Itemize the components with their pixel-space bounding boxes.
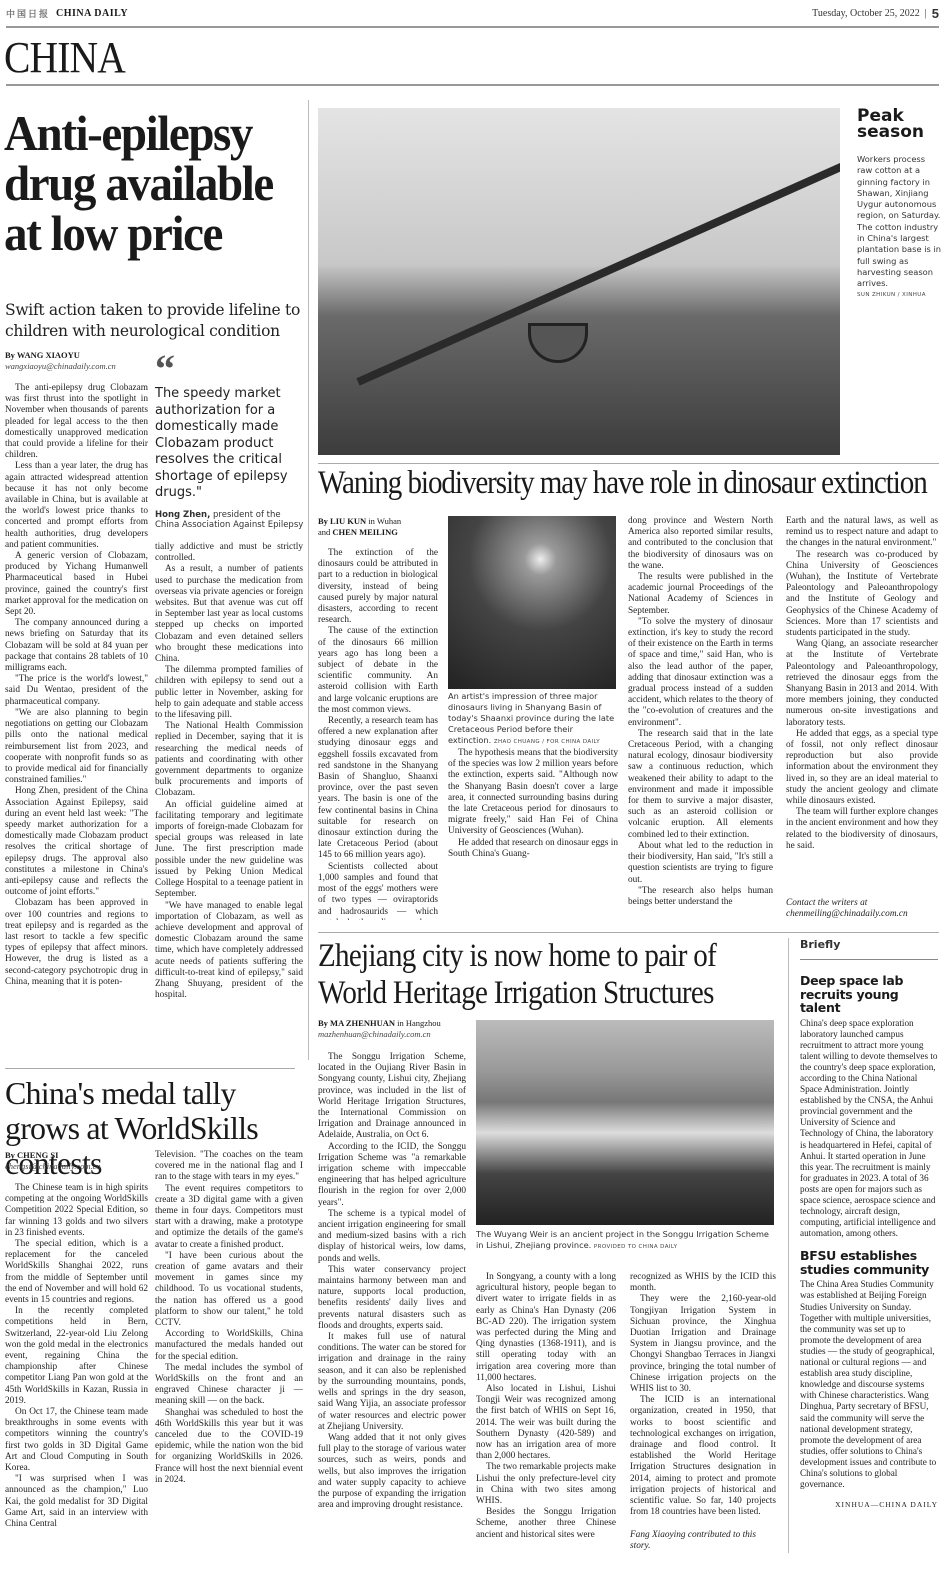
quote-mark-icon: “ — [155, 352, 305, 386]
paragraph: The Chinese team is in high spirits comp… — [5, 1183, 148, 1239]
briefly-sidebar: Briefly Deep space lab recruits young ta… — [800, 938, 938, 1509]
byline-and: and — [318, 527, 330, 537]
pull-quote: “ The speedy market authorization for a … — [155, 352, 305, 531]
section-divider — [318, 463, 939, 464]
pull-quote-text: The speedy market authorization for a do… — [155, 386, 305, 502]
paragraph: In the recently completed competitions h… — [5, 1306, 148, 1407]
paragraph: On Oct 17, the Chinese team made breakth… — [5, 1407, 148, 1474]
paragraph: The extinction of the dinosaurs could be… — [318, 548, 438, 626]
paragraph: A generic version of Clobazam, produced … — [5, 551, 148, 618]
worldskills-col2: Television. "The coaches on the team cov… — [155, 1150, 303, 1573]
section-rule — [6, 84, 939, 86]
paragraph: The anti-epilepsy drug Clobazam was firs… — [5, 383, 148, 461]
paragraph: He added that eggs, as a special type of… — [786, 729, 938, 807]
paragraph: "The research also helps human beings be… — [628, 886, 773, 908]
column-divider — [308, 100, 309, 1060]
peak-season-caption-block: Peak season Workers process raw cotton a… — [857, 108, 942, 298]
chinese-logo: 中国日报 — [6, 7, 50, 20]
paragraph: This water conservancy project maintains… — [318, 1265, 466, 1332]
epilepsy-byline: By WANG XIAOYU wangxiaoyu@chinadaily.com… — [5, 350, 150, 371]
dinosaur-headline: Waning biodiversity may have role in din… — [318, 465, 927, 501]
paragraph: It makes full use of natural conditions.… — [318, 1332, 466, 1433]
paragraph: Besides the Songgu Irrigation Scheme, an… — [476, 1507, 616, 1541]
paragraph: Scientists collected about 1,000 samples… — [318, 862, 438, 920]
paragraph: The event requires competitors to create… — [155, 1184, 303, 1251]
paragraph: The results were published in the academ… — [628, 572, 773, 617]
paper-brand: 中国日报 CHINA DAILY — [6, 7, 128, 20]
author-name: WANG XIAOYU — [17, 350, 80, 360]
paragraph: The special edition, which is a replacem… — [5, 1239, 148, 1306]
crane-arm — [356, 151, 840, 386]
pull-quote-attribution: Hong Zhen, president of the China Associ… — [155, 510, 305, 531]
headline-line: Zhejiang city is now home to pair of — [318, 938, 716, 975]
irrigation-col2: In Songyang, a county with a long agricu… — [476, 1272, 616, 1572]
dinosaur-col2: The hypothesis means that the biodiversi… — [448, 748, 618, 920]
paragraph: According to the ICID, the Songgu Irriga… — [318, 1142, 466, 1209]
brief-item: BFSU establishes studies community The C… — [800, 1249, 938, 1490]
briefly-header: Briefly — [800, 938, 938, 951]
photo-credit: SUN ZHIKUN / XINHUA — [857, 292, 942, 298]
worldskills-col1: The Chinese team is in high spirits comp… — [5, 1183, 148, 1573]
issue-date: Tuesday, October 25, 2022 — [812, 8, 920, 19]
author-name: CHENG SI — [17, 1150, 58, 1160]
paragraph: recognized as WHIS by the ICID this mont… — [630, 1272, 776, 1294]
dinosaur-contact: Contact the writers at chenmeiling@china… — [786, 898, 938, 920]
paragraph: According to WorldSkills, China manufact… — [155, 1329, 303, 1363]
paragraph: Wang added that it not only gives full p… — [318, 1433, 466, 1511]
paragraph: "To solve the mystery of dinosaur extinc… — [628, 617, 773, 729]
dinosaur-col1: The extinction of the dinosaurs could be… — [318, 548, 438, 920]
paragraph: The hypothesis means that the biodiversi… — [448, 748, 618, 838]
contact-label: Contact the writers at — [786, 898, 938, 909]
paragraph: "We are also planning to begin negotiati… — [5, 708, 148, 786]
author-name: LIU KUN — [330, 516, 366, 526]
paragraph: "The price is the world's lowest," said … — [5, 674, 148, 708]
paragraph: About what led to the reduction in their… — [628, 841, 773, 886]
worldskills-byline: By CHENG SI chengsi@chinadaily.com.cn — [5, 1150, 150, 1171]
headline-line: World Heritage Irrigation Structures — [318, 975, 716, 1012]
caption-text: An artist's impression of three major di… — [448, 691, 614, 745]
brief-title: Deep space lab recruits young talent — [800, 974, 938, 1015]
dinosaur-byline: By LIU KUN in Wuhan and CHEN MEILING — [318, 516, 438, 538]
wuyang-weir-photo — [476, 1020, 774, 1225]
paragraph: Less than a year later, the drug has aga… — [5, 461, 148, 551]
divider: | — [925, 8, 927, 19]
paragraph: The Songgu Irrigation Scheme, located in… — [318, 1052, 466, 1142]
dinosaur-col3: dong province and Western North America … — [628, 516, 773, 920]
paragraph: They were the 2,160-year-old Tongjiyan I… — [630, 1294, 776, 1395]
paragraph: Recently, a research team has offered a … — [318, 716, 438, 862]
brief-title: BFSU establishes studies community — [800, 1249, 938, 1276]
masthead: 中国日报 CHINA DAILY Tuesday, October 25, 20… — [6, 0, 939, 28]
dinosaur-col4: Earth and the natural laws, as well as r… — [786, 516, 938, 896]
byline-prefix: By — [5, 1150, 15, 1160]
photo-credit: ZHAO CHUANG / FOR CHINA DAILY — [494, 739, 600, 745]
epilepsy-col1: The anti-epilepsy drug Clobazam was firs… — [5, 383, 148, 1045]
issue-info: Tuesday, October 25, 2022 | 5 — [812, 6, 939, 21]
paragraph: The two remarkable projects make Lishui … — [476, 1462, 616, 1507]
cotton-harvest-photo — [318, 108, 840, 455]
brief-body: The China Area Studies Community was est… — [800, 1279, 938, 1490]
paragraph: Earth and the natural laws, as well as r… — [786, 516, 938, 550]
epilepsy-headline: Anti-epilepsy drug available at low pric… — [4, 108, 314, 258]
paragraph: dong province and Western North America … — [628, 516, 773, 572]
author-email[interactable]: mazhenhuan@chinadaily.com.cn — [318, 1029, 468, 1039]
peak-season-caption: Workers process raw cotton at a ginning … — [857, 154, 942, 290]
paragraph: Also located in Lishui, Lishui Tongji We… — [476, 1384, 616, 1462]
section-title: CHINA — [4, 34, 125, 82]
epilepsy-dek: Swift action taken to provide lifeline t… — [5, 300, 305, 342]
paragraph: The team will further explore changes in… — [786, 807, 938, 852]
byline-prefix: By — [318, 1018, 328, 1028]
paragraph: Shanghai was scheduled to host the 46th … — [155, 1408, 303, 1486]
author-name: CHEN MEILING — [332, 527, 397, 537]
briefly-divider — [788, 938, 789, 1553]
irrigation-headline: Zhejiang city is now home to pair of Wor… — [318, 938, 716, 1012]
paragraph: Hong Zhen, president of the China Associ… — [5, 786, 148, 898]
paper-name: CHINA DAILY — [56, 8, 128, 19]
paragraph: In Songyang, a county with a long agricu… — [476, 1272, 616, 1384]
page-number: 5 — [932, 6, 939, 21]
photo-credit: PROVIDED TO CHINA DAILY — [594, 1244, 678, 1250]
briefly-rule — [800, 959, 938, 960]
contact-email[interactable]: chenmeiling@chinadaily.com.cn — [786, 909, 938, 920]
paragraph: The National Health Commission replied i… — [155, 721, 303, 799]
irrigation-col3: recognized as WHIS by the ICID this mont… — [630, 1272, 776, 1522]
paragraph: He added that research on dinosaur eggs … — [448, 838, 618, 860]
paragraph: The medal includes the symbol of WorldSk… — [155, 1363, 303, 1408]
byline-prefix: By — [5, 350, 15, 360]
peak-season-title: Peak season — [857, 108, 942, 140]
irrigation-col1: The Songgu Irrigation Scheme, located in… — [318, 1052, 466, 1572]
paragraph: The cause of the extinction of the dinos… — [318, 626, 438, 716]
section-divider — [318, 932, 939, 933]
brief-body: China's deep space exploration laborator… — [800, 1018, 938, 1240]
byline-location: in Wuhan — [368, 516, 401, 526]
dinosaur-artwork-photo — [448, 516, 616, 689]
brief-item: Deep space lab recruits young talent Chi… — [800, 974, 938, 1239]
byline-prefix: By — [318, 516, 328, 526]
paragraph: An official guideline aimed at facilitat… — [155, 800, 303, 901]
byline-location: in Hangzhou — [397, 1018, 441, 1028]
irrigation-contributor: Fang Xiaoying contributed to this story. — [630, 1530, 776, 1552]
irrigation-photo-caption: The Wuyang Weir is an ancient project in… — [476, 1229, 776, 1253]
author-email[interactable]: chengsi@chinadaily.com.cn — [5, 1161, 150, 1171]
paragraph: The scheme is a typical model of ancient… — [318, 1209, 466, 1265]
epilepsy-col2: tially addictive and must be strictly co… — [155, 542, 303, 1054]
paragraph: The dilemma prompted families of childre… — [155, 665, 303, 721]
dinosaur-photo-caption: An artist's impression of three major di… — [448, 691, 618, 748]
paragraph: The company announced during a news brie… — [5, 618, 148, 674]
paragraph: "I was surprised when I was announced as… — [5, 1474, 148, 1530]
agency-credit: XINHUA—CHINA DAILY — [800, 1500, 938, 1509]
section-divider — [5, 1068, 295, 1069]
paragraph: The ICID is an international organizatio… — [630, 1395, 776, 1518]
paragraph: Clobazam has been approved in over 100 c… — [5, 898, 148, 988]
quote-source-name: Hong Zhen, — [155, 510, 210, 520]
paragraph: The research said that in the late Creta… — [628, 729, 773, 841]
paragraph: tially addictive and must be strictly co… — [155, 542, 303, 564]
author-email[interactable]: wangxiaoyu@chinadaily.com.cn — [5, 361, 150, 371]
crane-bucket — [528, 323, 588, 363]
paragraph: The research was co-produced by China Un… — [786, 550, 938, 640]
author-name: MA ZHENHUAN — [330, 1018, 395, 1028]
paragraph: As a result, a number of patients used t… — [155, 564, 303, 665]
paragraph: Television. "The coaches on the team cov… — [155, 1150, 303, 1184]
irrigation-byline: By MA ZHENHUAN in Hangzhou mazhenhuan@ch… — [318, 1018, 468, 1039]
paragraph: "I have been curious about the creation … — [155, 1251, 303, 1329]
paragraph: Wang Qiang, an associate researcher at t… — [786, 639, 938, 729]
paragraph: "We have managed to enable legal importa… — [155, 901, 303, 1002]
